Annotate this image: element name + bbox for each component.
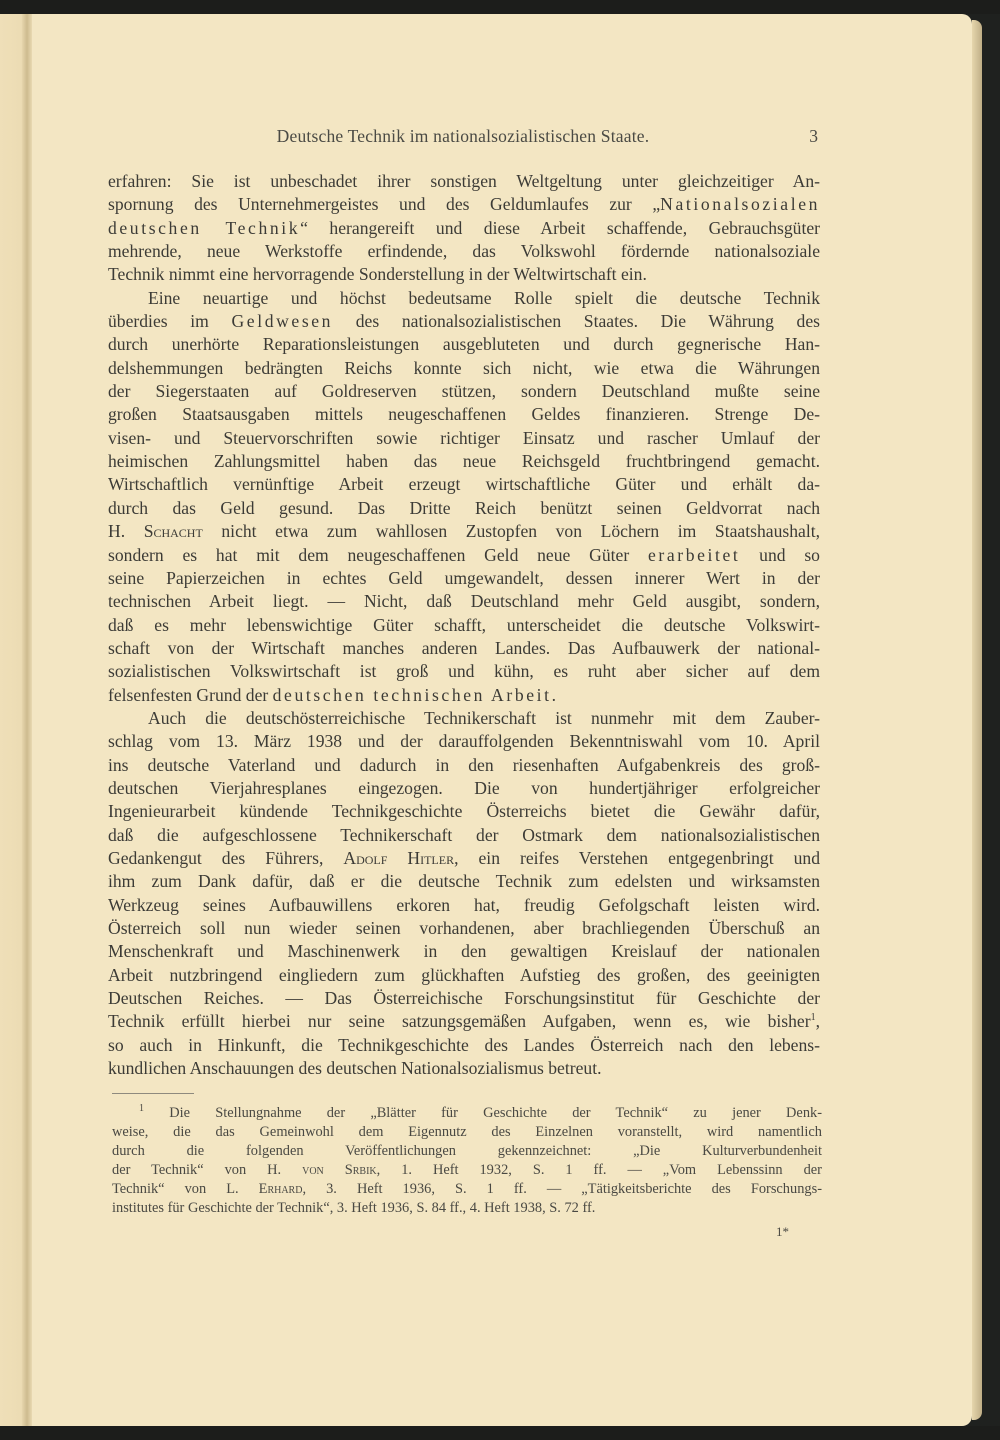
text-line: Technik nimmt eine hervorragende Sonders… [108,263,820,286]
text-line: Eine neuartige und höchst bedeutsame Rol… [108,287,820,310]
text-line: so auch in Hinkunft, die Technikgeschich… [108,1034,820,1057]
text-line: Gedankengut des Führers, Adolf Hitler, e… [108,847,820,870]
text-run: nicht etwa zum wahllosen Zustopfen von L… [203,521,820,541]
text-line: Menschenkraft und Maschinenwerk in den g… [108,940,820,963]
text-line: durch das Geld gesund. Das Dritte Reich … [108,497,820,520]
text-line: ins deutsche Vaterland und dadurch in de… [108,754,820,777]
text-line: überdies im Geldwesen des nationalsozial… [108,310,820,333]
text-line: felsenfesten Grund der deutschen technis… [108,684,820,707]
footnote-line: der Technik“ von H. von Srbik, 1. Heft 1… [112,1161,822,1180]
person-name: Adolf Hitler [343,848,454,868]
text-line: Arbeit nutzbringend eingliedern zum glüc… [108,964,820,987]
text-line: ihm zum Dank dafür, daß er die deutsche … [108,870,820,893]
text-run: “ herangereift und diese Arbeit schaffen… [300,218,820,238]
text-line: Deutschen Reiches. — Das Österreichische… [108,987,820,1010]
scan-background-top [0,0,1000,14]
body-text: erfahren: Sie ist unbeschadet ihrer sons… [108,170,820,1080]
text-line: sozialistischen Volkswirtschaft ist groß… [108,660,820,683]
text-run: felsenfesten Grund der [108,685,273,705]
text-run: . [552,685,556,705]
text-line: Ingenieurarbeit kündende Technikgeschich… [108,800,820,823]
text-run: Technik erfüllt hierbei nur seine satzun… [108,1011,811,1031]
text-line: deutschen Technik“ herangereift und dies… [108,217,820,240]
spaced-emphasis: deutschen Technik [108,218,300,238]
text-run: Die Stellungnahme der „Blätter für Gesch… [144,1105,822,1121]
book-gutter [22,14,32,1426]
text-line: sondern es hat mit dem neugeschaffenen G… [108,544,820,567]
text-line: spornung des Unternehmergeistes und des … [108,193,820,216]
text-line: Werkzeug seines Aufbauwillens erkoren ha… [108,894,820,917]
footnote-line: institutes für Geschichte der Technik“, … [112,1199,822,1218]
running-head: Deutsche Technik im nationalsozialistisc… [108,126,818,150]
text-run: , [816,1011,820,1031]
person-name: Erhard [259,1181,303,1197]
text-run: , 1. Heft 1932, S. 1 ff. — „Vom Lebenssi… [377,1162,822,1178]
text-run: und so [740,545,820,565]
text-line: kundlichen Anschauungen des deutschen Na… [108,1057,820,1080]
signature-mark: 1* [776,1224,789,1240]
scan-background-bottom [0,1426,1000,1440]
footnote: 1 Die Stellungnahme der „Blätter für Ges… [112,1104,822,1218]
text-run: , ein reifes Verstehen entgegenbringt un… [454,848,820,868]
text-run: überdies im [108,311,232,331]
text-line: schaft von der Wirtschaft manches andere… [108,637,820,660]
text-run: des nationalsozialistischen Staates. Die… [333,311,820,331]
text-line: der Siegerstaaten auf Goldreserven stütz… [108,380,820,403]
text-line: technischen Arbeit liegt. — Nicht, daß D… [108,590,820,613]
person-name: Schacht [144,521,203,541]
footnote-line: weise, die das Gemeinwohl dem Eigennutz … [112,1123,822,1142]
running-head-title: Deutsche Technik im nationalsozialistisc… [108,126,818,147]
spaced-emphasis: erarbeitet [648,545,740,565]
text-run: Technik“ von L. [112,1181,259,1197]
footnote-line: durch die folgenden Veröffentlichungen g… [112,1142,822,1161]
spaced-emphasis: deutschen technischen Arbeit [273,685,552,705]
text-line: Österreich soll nun wieder seinen vorhan… [108,917,820,940]
text-line: Technik erfüllt hierbei nur seine satzun… [108,1010,820,1033]
text-line: seine Papierzeichen in echtes Geld umgew… [108,567,820,590]
text-line: heimischen Zahlungsmittel haben das neue… [108,450,820,473]
text-line: H. Schacht nicht etwa zum wahllosen Zust… [108,520,820,543]
text-run: , 3. Heft 1936, S. 1 ff. — „Tätigkeitsbe… [302,1181,822,1197]
text-line: delshemmungen bedrängten Reichs konnte s… [108,357,820,380]
footnote-separator [112,1093,194,1094]
text-line: daß es mehr lebenswichtige Güter schafft… [108,614,820,637]
text-line: durch unerhörte Reparationsleistungen au… [108,333,820,356]
spaced-emphasis: Geldwesen [232,311,334,331]
text-line: visen- und Steuervorschriften sowie rich… [108,427,820,450]
text-line: Auch die deutschösterreichische Technike… [108,707,820,730]
text-line: daß die aufgeschlossene Technikerschaft … [108,824,820,847]
footnote-line: 1 Die Stellungnahme der „Blätter für Ges… [112,1104,822,1123]
text-line: schlag vom 13. März 1938 und der darauff… [108,730,820,753]
text-line: großen Staatsausgaben mittels neugeschaf… [108,403,820,426]
text-run: H. [108,521,144,541]
text-line: deutschen Vierjahresplanes eingezogen. D… [108,777,820,800]
text-line: mehrende, neue Werkstoffe erfindende, da… [108,240,820,263]
text-line: erfahren: Sie ist unbeschadet ihrer sons… [108,170,820,193]
spaced-emphasis: Nationalsozialen [660,194,820,214]
person-name: von Srbik [302,1162,377,1178]
page-number: 3 [809,126,818,147]
text-run: Gedankengut des Führers, [108,848,343,868]
text-run: der Technik“ von H. [112,1162,302,1178]
footnote-line: Technik“ von L. Erhard, 3. Heft 1936, S.… [112,1180,822,1199]
page-stack-edge [972,20,982,1420]
text-run: sondern es hat mit dem neugeschaffenen G… [108,545,648,565]
text-run: spornung des Unternehmergeistes und des … [108,194,660,214]
text-line: Wirtschaftlich vernünftige Arbeit erzeug… [108,473,820,496]
